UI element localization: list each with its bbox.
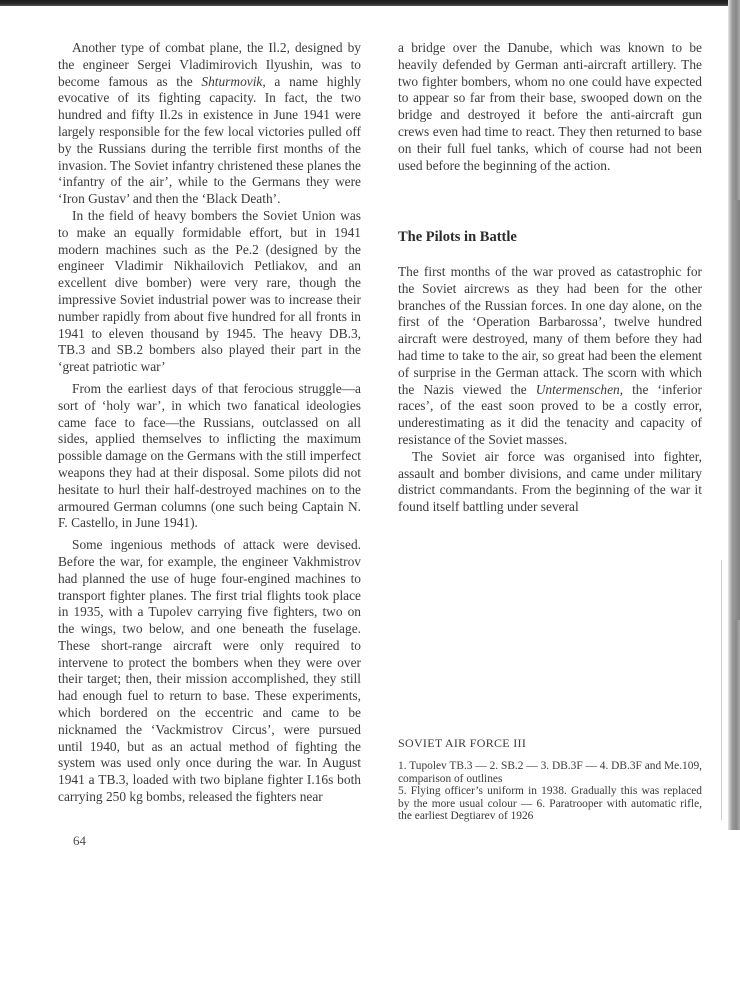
scan-binding-shadow-dark bbox=[734, 200, 740, 620]
page-edge-line bbox=[721, 560, 722, 820]
paragraph-air-force-organisation: The Soviet air force was organised into … bbox=[398, 449, 702, 516]
page-number: 64 bbox=[73, 833, 86, 849]
section-heading: The Pilots in Battle bbox=[398, 229, 517, 246]
italic-term-shturmovik: Shturmovik bbox=[201, 74, 262, 89]
paragraph-first-months: The first months of the war proved as ca… bbox=[398, 264, 702, 449]
paragraph-danube-bridge: a bridge over the Danube, which was know… bbox=[398, 40, 702, 174]
left-column: Another type of combat plane, the Il.2, … bbox=[58, 40, 361, 806]
paragraph-holy-war: From the earliest days of that ferocious… bbox=[58, 381, 361, 532]
text-segment: , a name highly evocative of its fightin… bbox=[58, 74, 361, 207]
text-segment: The first months of the war proved as ca… bbox=[398, 264, 702, 397]
paragraph-heavy-bombers: In the field of heavy bombers the Soviet… bbox=[58, 208, 361, 376]
plate-caption-title: SOVIET AIR FORCE III bbox=[398, 736, 526, 751]
italic-term-untermenschen: Untermenschen, bbox=[536, 382, 623, 397]
section-body: The first months of the war proved as ca… bbox=[398, 264, 702, 516]
paragraph-ingenious-methods: Some ingenious methods of attack were de… bbox=[58, 537, 361, 806]
caption-line-uniforms: 5. Flying officer’s uniform in 1938. Gra… bbox=[398, 785, 702, 823]
plate-caption: 1. Tupolev TB.3 — 2. SB.2 — 3. DB.3F — 4… bbox=[398, 760, 702, 823]
right-column: a bridge over the Danube, which was know… bbox=[398, 40, 702, 174]
caption-line-aircraft: 1. Tupolev TB.3 — 2. SB.2 — 3. DB.3F — 4… bbox=[398, 760, 702, 785]
scan-top-edge bbox=[0, 0, 740, 6]
paragraph-ilyushin: Another type of combat plane, the Il.2, … bbox=[58, 40, 361, 208]
